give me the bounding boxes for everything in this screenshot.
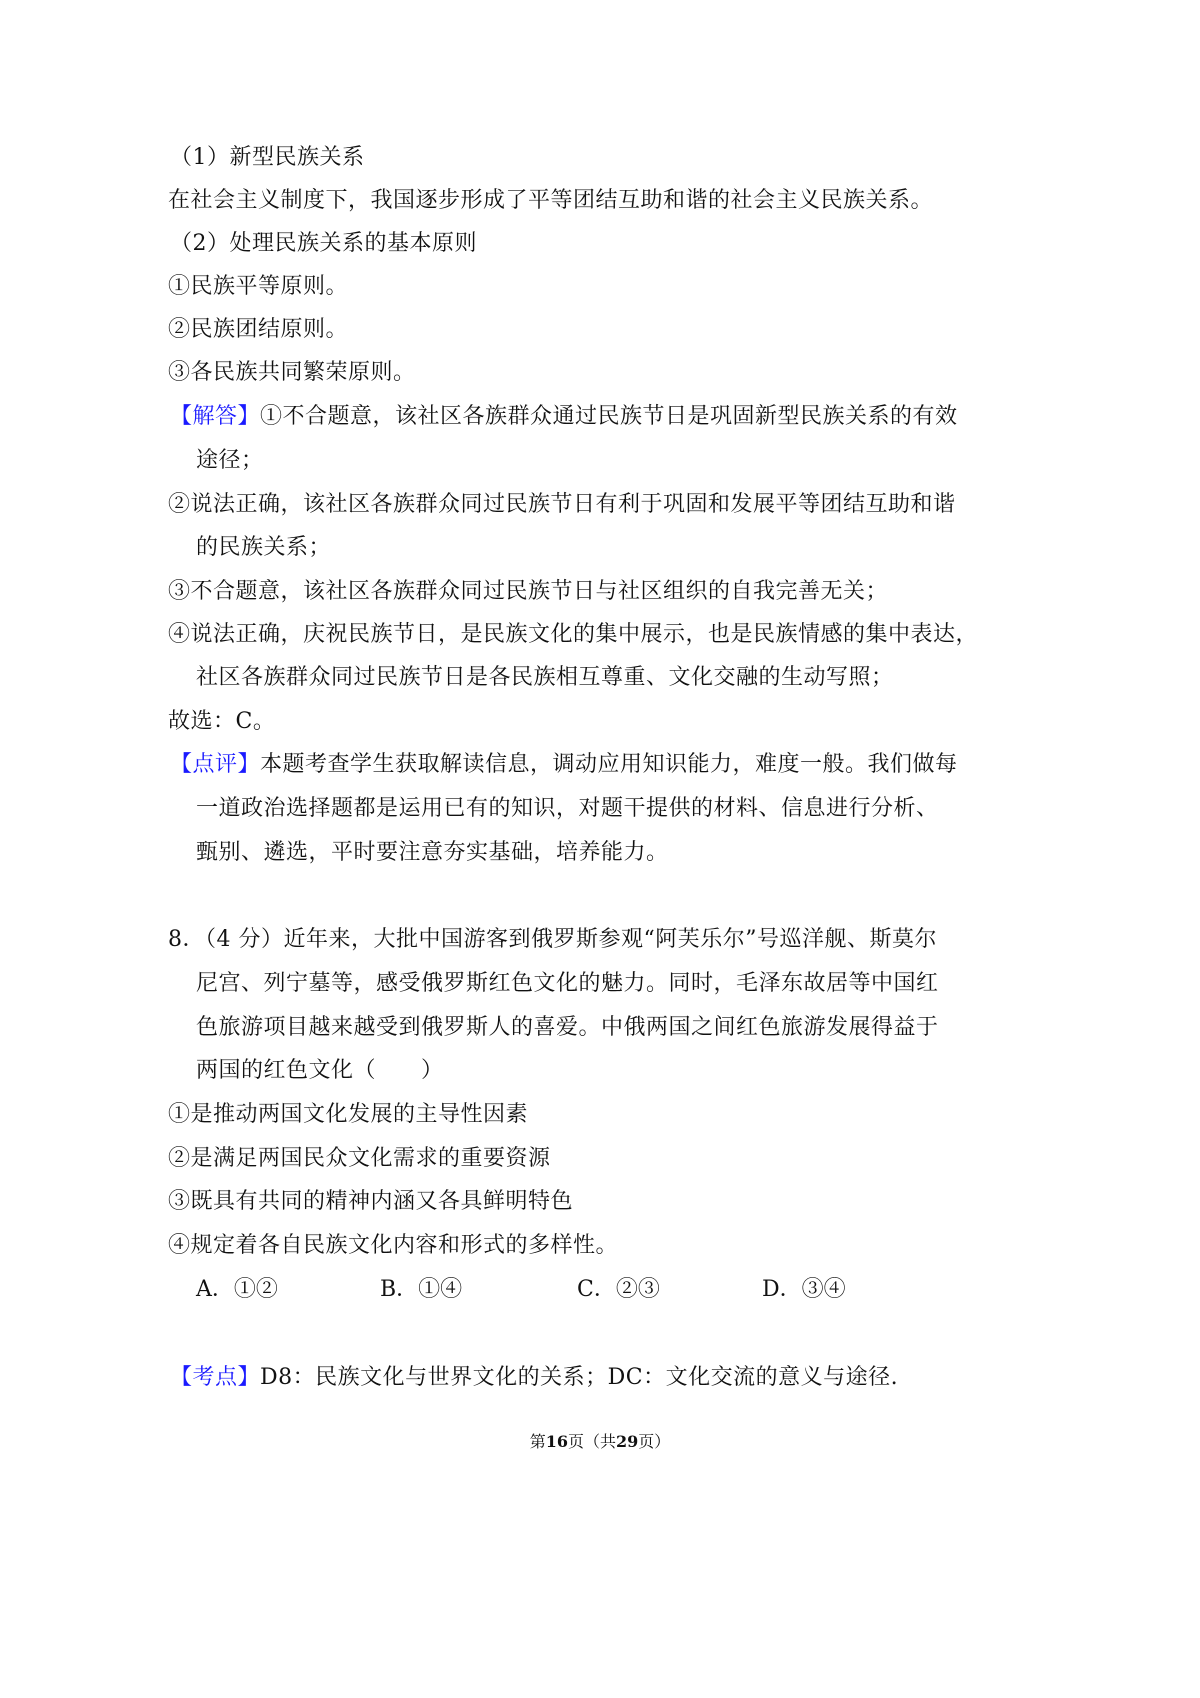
document-page: （1）新型民族关系 在社会主义制度下，我国逐步形成了平等团结互助和谐的社会主义民… xyxy=(0,0,1200,1698)
kaodian-tag: 【考点】 xyxy=(170,1365,260,1390)
current-page: 16 xyxy=(546,1432,568,1451)
page-footer: 第16页（共29页） xyxy=(0,1430,1200,1454)
statement-3: ③既具有共同的精神内涵又各具鲜明特色 xyxy=(168,1187,573,1217)
footer-suffix: 页） xyxy=(638,1432,670,1451)
answer-2b: 的民族关系； xyxy=(196,533,331,563)
comment-c: 甄别、遴选，平时要注意夯实基础，培养能力。 xyxy=(196,838,669,868)
question-line-4: 两国的红色文化（ ） xyxy=(196,1056,444,1086)
kp1-text: 在社会主义制度下，我国逐步形成了平等团结互助和谐的社会主义民族关系。 xyxy=(168,186,933,216)
answer-2a: ②说法正确，该社区各族群众同过民族节日有利于巩固和发展平等团结互助和谐 xyxy=(168,490,956,520)
statement-2: ②是满足两国民众文化需求的重要资源 xyxy=(168,1144,551,1174)
principle-3: ③各民族共同繁荣原则。 xyxy=(168,358,416,388)
comment-a: 本题考查学生获取解读信息，调动应用知识能力，难度一般。我们做每 xyxy=(260,752,958,777)
answer-line-1: 【解答】①不合题意，该社区各族群众通过民族节日是巩固新型民族关系的有效 xyxy=(170,402,958,432)
choice: 故选：C。 xyxy=(168,707,275,737)
total-pages: 29 xyxy=(616,1432,638,1451)
kp2-title: （2）处理民族关系的基本原则 xyxy=(170,229,477,259)
answer-3: ③不合题意，该社区各族群众同过民族节日与社区组织的自我完善无关； xyxy=(168,577,888,607)
footer-prefix: 第 xyxy=(530,1432,546,1451)
principle-1: ①民族平等原则。 xyxy=(168,272,348,302)
comment-tag: 【点评】 xyxy=(170,752,260,777)
answer-tag: 【解答】 xyxy=(170,404,260,429)
footer-middle: 页（共 xyxy=(568,1432,616,1451)
answer-4b: 社区各族群众同过民族节日是各民族相互尊重、文化交融的生动写照； xyxy=(196,663,894,693)
question-line-1: 8．（4 分）近年来，大批中国游客到俄罗斯参观“阿芙乐尔”号巡洋舰、斯莫尔 xyxy=(168,925,937,955)
statement-4: ④规定着各自民族文化内容和形式的多样性。 xyxy=(168,1231,618,1261)
answer-1a: ①不合题意，该社区各族群众通过民族节日是巩固新型民族关系的有效 xyxy=(260,404,958,429)
answer-4a: ④说法正确，庆祝民族节日，是民族文化的集中展示，也是民族情感的集中表达， xyxy=(168,620,978,650)
comment-b: 一道政治选择题都是运用已有的知识，对题干提供的材料、信息进行分析、 xyxy=(196,794,939,824)
kp1-title: （1）新型民族关系 xyxy=(170,143,365,173)
comment-line-1: 【点评】本题考查学生获取解读信息，调动应用知识能力，难度一般。我们做每 xyxy=(170,750,958,780)
kaodian-line: 【考点】D8：民族文化与世界文化的关系；DC：文化交流的意义与途径. xyxy=(170,1363,898,1393)
principle-2: ②民族团结原则。 xyxy=(168,315,348,345)
question-line-2: 尼宫、列宁墓等，感受俄罗斯红色文化的魅力。同时，毛泽东故居等中国红 xyxy=(196,969,939,999)
question-line-3: 色旅游项目越来越受到俄罗斯人的喜爱。中俄两国之间红色旅游发展得益于 xyxy=(196,1013,939,1043)
statement-1: ①是推动两国文化发展的主导性因素 xyxy=(168,1100,528,1130)
option-a: A．①② xyxy=(196,1275,278,1305)
option-c: C．②③ xyxy=(577,1275,660,1305)
option-b: B．①④ xyxy=(380,1275,462,1305)
answer-1b: 途径； xyxy=(196,446,264,476)
option-d: D．③④ xyxy=(762,1275,846,1305)
kaodian-text: D8：民族文化与世界文化的关系；DC：文化交流的意义与途径. xyxy=(260,1365,898,1390)
